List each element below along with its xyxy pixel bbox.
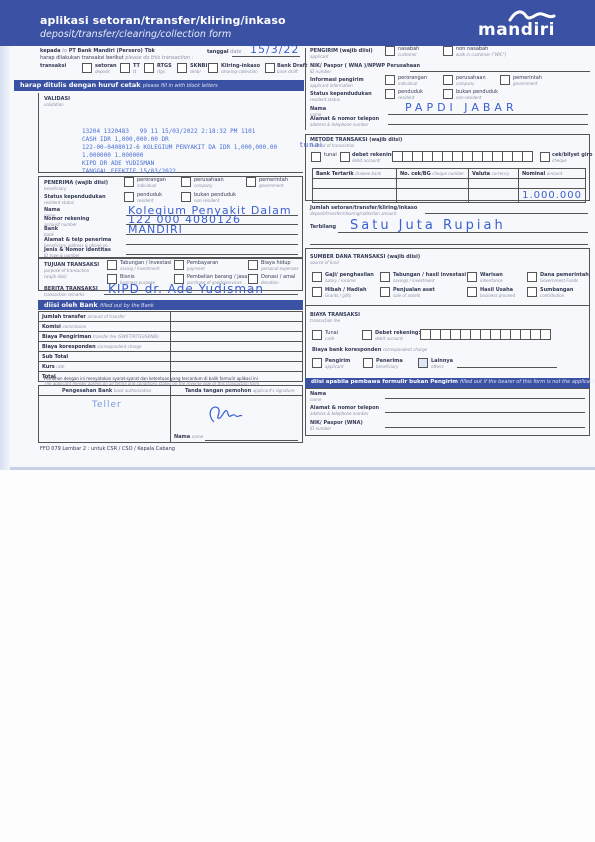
sender-id-field[interactable] <box>410 71 590 72</box>
checkbox-corr-applicant[interactable] <box>312 358 322 368</box>
table-row: Biaya koresponden correspondent charge <box>39 342 303 352</box>
table-row: Sub Total <box>39 352 303 362</box>
bank-fee-table: Jumlah transfer amount of transfer Komis… <box>38 311 303 382</box>
table-row: 1.000.000 <box>313 189 586 203</box>
beneficiary-label: PENERIMA (wajib diisi)beneficiary <box>44 180 108 192</box>
checkbox-sender-resident[interactable] <box>385 89 395 99</box>
checkbox-kliring-inkaso[interactable] <box>208 63 218 73</box>
checkbox-fee-cash[interactable] <box>312 330 322 340</box>
checkbox-corr-others[interactable] <box>418 358 428 368</box>
checkbox-setoran[interactable] <box>82 63 92 73</box>
checkbox-tt[interactable] <box>120 63 130 73</box>
sender-label: PENGIRIM (wajib diisi)applicant <box>310 48 373 60</box>
transaction-type-label: transaksi <box>40 63 66 69</box>
checkbox-bank-draft[interactable] <box>265 63 275 73</box>
bearer-bar: diisi apabila pembawa formulir bukan Pen… <box>305 378 590 388</box>
table-header-row: Bank Tertarik drawee bank No. cek/BG che… <box>313 169 586 179</box>
request-line: harap dilakukan transaksi berikut please… <box>40 55 193 61</box>
checkbox-beneficiary-company[interactable] <box>181 177 191 187</box>
applicant-signature[interactable] <box>204 400 244 426</box>
validation-label: VALIDASIvalidation <box>44 96 70 108</box>
validation-stamp: 13204 1320483 99 11 15/03/2022 2:18:32 P… <box>82 128 277 176</box>
checkbox-method-debit[interactable] <box>340 152 350 162</box>
block-letters-bar: harap ditulis dengan huruf cetak please … <box>14 80 304 91</box>
form-subtitle: deposit/transfer/clearing/collection for… <box>40 29 231 40</box>
sender-name-field[interactable]: PAPDI JABAR <box>405 101 518 114</box>
form-title: aplikasi setoran/transfer/kliring/inkaso <box>40 14 286 27</box>
checkbox-sender-individual[interactable] <box>385 75 395 85</box>
amount-in-words-field[interactable]: Satu Juta Rupiah <box>350 218 506 233</box>
checkbox-beneficiary-individual[interactable] <box>124 177 134 187</box>
checkbox-fund-salary[interactable] <box>312 272 322 282</box>
beneficiary-id-field[interactable] <box>126 254 298 255</box>
table-row: Komisi commission <box>39 322 303 332</box>
checkbox-sender-company[interactable] <box>443 75 453 85</box>
checkbox-method-cheque[interactable] <box>540 152 550 162</box>
checkbox-fund-business[interactable] <box>467 287 477 297</box>
form-header: aplikasi setoran/transfer/kliring/inkaso… <box>0 0 595 46</box>
checkbox-sender-customer[interactable] <box>385 46 395 56</box>
checkbox-purpose-living[interactable] <box>248 260 258 270</box>
mandiri-logo: mandiri <box>478 20 555 40</box>
form-sheet: aplikasi setoran/transfer/kliring/inkaso… <box>0 0 595 470</box>
checkbox-fund-grants[interactable] <box>312 287 322 297</box>
checkbox-fund-assets[interactable] <box>380 287 390 297</box>
checkbox-fee-debit[interactable] <box>362 330 372 340</box>
checkbox-purpose-savings[interactable] <box>107 260 117 270</box>
checkbox-beneficiary-nonresident[interactable] <box>181 192 191 202</box>
teller-stamp: Teller <box>92 400 122 410</box>
beneficiary-address-field[interactable] <box>126 244 298 245</box>
checkbox-sender-nonresident[interactable] <box>443 89 453 99</box>
checkbox-sknbi[interactable] <box>177 63 187 73</box>
checkbox-purpose-payment[interactable] <box>174 260 184 270</box>
method-label: METODE TRANSAKSI (wajib diisi)method of … <box>310 137 402 149</box>
to-line: kepada to PT Bank Mandiri (Persero) Tbk <box>40 48 155 54</box>
table-row <box>313 179 586 189</box>
sender-address-field[interactable] <box>388 124 588 125</box>
checkbox-fund-government[interactable] <box>527 272 537 282</box>
checkbox-fund-inheritance[interactable] <box>467 272 477 282</box>
table-row: Kurs rate <box>39 362 303 372</box>
method-handwritten-note: tunai <box>300 141 323 149</box>
checkbox-rtgs[interactable] <box>144 63 154 73</box>
checkbox-fund-savings[interactable] <box>380 272 390 282</box>
table-row: Biaya Pengiriman transfer fee (SWIFT/RTG… <box>39 332 303 342</box>
checkbox-beneficiary-resident[interactable] <box>124 192 134 202</box>
checkbox-fund-contribution[interactable] <box>527 287 537 297</box>
bearer-name-field[interactable] <box>385 398 585 399</box>
bank-section-bar: diisi oleh Bank filled out by the Bank <box>38 300 303 310</box>
date-label: tanggal date <box>207 49 241 55</box>
transaction-remarks-field[interactable]: KIPD dr. Ade Yudisman <box>108 282 264 296</box>
checkbox-method-cash[interactable] <box>311 152 321 162</box>
beneficiary-bank-field[interactable]: MANDIRI <box>128 223 183 236</box>
fee-debit-account-grid[interactable] <box>420 329 550 340</box>
corr-others-field[interactable] <box>457 367 557 368</box>
table-row: Jumlah transfer amount of transfer <box>39 312 303 322</box>
date-value[interactable]: 15/3/22 <box>250 43 299 56</box>
applicant-name-field[interactable] <box>205 440 298 441</box>
cheque-table: Bank Tertarik drawee bank No. cek/BG che… <box>312 168 586 203</box>
checkbox-sender-walkin[interactable] <box>443 46 453 56</box>
nominal-amount[interactable]: 1.000.000 <box>519 189 586 203</box>
checkbox-corr-beneficiary[interactable] <box>363 358 373 368</box>
checkbox-sender-government[interactable] <box>500 75 510 85</box>
bearer-id-field[interactable] <box>385 427 585 428</box>
footer-text: FFO 079 Lembar 2 : untuk CSR / CSO / Kep… <box>40 446 175 452</box>
checkbox-beneficiary-government[interactable] <box>246 177 256 187</box>
bearer-address-field[interactable] <box>385 412 585 413</box>
debit-account-grid[interactable] <box>392 151 532 162</box>
